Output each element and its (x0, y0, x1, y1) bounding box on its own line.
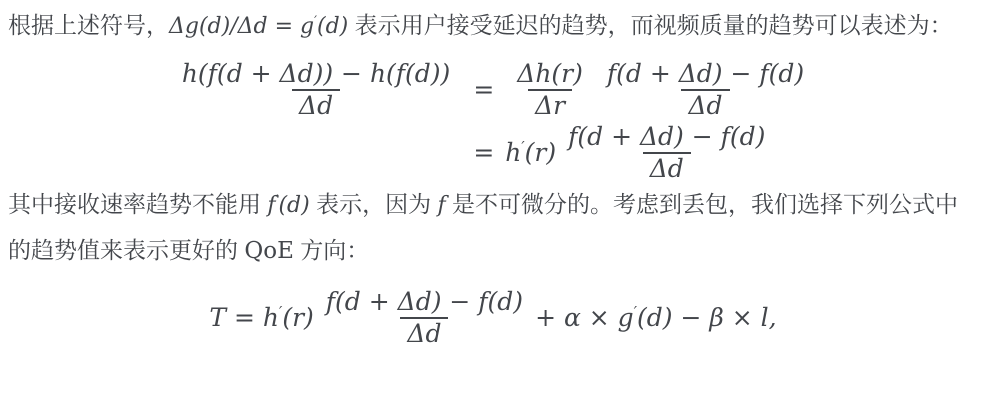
fraction-rate-difference: f(d + Δd) − f(d) Δd (600, 61, 811, 120)
fraction-denominator: Δd (292, 89, 340, 119)
fraction-numerator: h(f(d + Δd)) − h(f(d)) (175, 61, 457, 89)
equation-block-quality-trend: h(f(d + Δd)) − h(f(d)) Δd = Δh(r) Δr f(d… (170, 61, 816, 182)
qoe-text-mid: 表示，因为 (310, 191, 438, 217)
math-run: (d) − β × l, (637, 303, 777, 332)
fraction-denominator: Δd (681, 89, 729, 119)
fraction-numerator: f(d + Δd) − f(d) (561, 124, 772, 152)
t-equals-h-prime-term: T = h′(r) (209, 305, 313, 331)
equation-block-trend-value: T = h′(r) f(d + Δd) − f(d) Δd + α × g′(d… (209, 289, 776, 348)
fraction-numerator: Δh(r) (510, 61, 590, 89)
math-run: + α × g (535, 303, 634, 332)
document-page: 根据上述符号，Δg(d)/Δd = g′(d) 表示用户接受延迟的趋势，而视频质… (0, 0, 990, 348)
math-run: (d) (317, 14, 348, 39)
inline-math-f: f (437, 193, 445, 218)
fraction-denominator: Δr (528, 89, 572, 119)
intro-text-after: 表示用户接受延迟的趋势，而视频质量的趋势可以表述为： (348, 12, 952, 38)
intro-text-before: 根据上述符号， (8, 12, 169, 38)
fraction-numerator: f(d + Δd) − f(d) (319, 289, 530, 317)
math-run: Δg(d)/Δd = g (169, 14, 314, 39)
math-run: T = h (209, 303, 279, 332)
eq1-line1-lhs: h(f(d + Δd)) − h(f(d)) Δd (170, 61, 462, 120)
equals-sign: = (473, 77, 494, 103)
eq1-line1-rhs: = Δh(r) Δr f(d + Δd) − f(d) Δd (462, 61, 816, 120)
fraction-quality-difference: h(f(d + Δd)) − h(f(d)) Δd (175, 61, 457, 120)
fraction-rate-difference: f(d + Δd) − f(d) Δd (561, 124, 772, 183)
qoe-text-before: 其中接收速率趋势不能用 (8, 191, 267, 217)
paragraph-qoe: 其中接收速率趋势不能用 f′(d) 表示，因为 f 是不可微分的。考虑到丢包，我… (8, 182, 978, 273)
math-run: (d) (278, 193, 309, 218)
fraction-rate-derivative: Δh(r) Δr (510, 61, 590, 120)
fraction-rate-difference: f(d + Δd) − f(d) Δd (319, 289, 530, 348)
fraction-numerator: f(d + Δd) − f(d) (600, 61, 811, 89)
qoe-label: QoE (244, 238, 294, 264)
math-run: f (267, 193, 275, 218)
math-run: h (505, 138, 521, 167)
eq1-line2-rhs: = h′(r) f(d + Δd) − f(d) Δd (462, 124, 816, 183)
eq1-line2-lhs (170, 124, 462, 183)
math-run: (r) (282, 303, 313, 332)
fraction-denominator: Δd (400, 317, 448, 347)
inline-math-delay-trend: Δg(d)/Δd = g′(d) (169, 14, 348, 39)
math-run: (r) (525, 138, 556, 167)
fraction-denominator: Δd (643, 152, 691, 182)
paragraph-intro: 根据上述符号，Δg(d)/Δd = g′(d) 表示用户接受延迟的趋势，而视频质… (8, 3, 978, 49)
equals-sign: = (473, 140, 494, 166)
h-prime-term: h′(r) (505, 140, 556, 166)
alpha-beta-term: + α × g′(d) − β × l, (535, 305, 777, 331)
inline-math-f-prime: f′(d) (267, 193, 309, 218)
qoe-text-tail: 方向： (294, 237, 369, 263)
